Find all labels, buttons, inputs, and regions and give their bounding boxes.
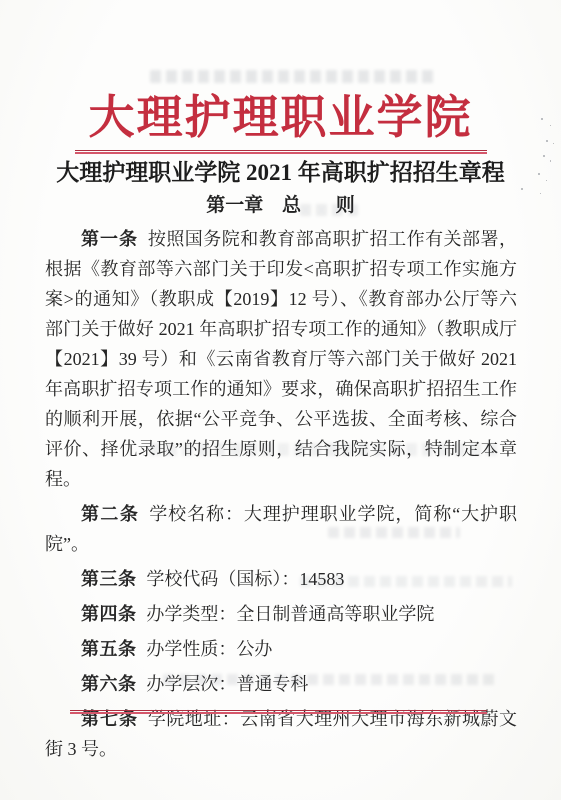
chapter-title-char-1: 总 [282, 195, 301, 216]
article-label: 第四条 [81, 604, 137, 624]
document-body: 第一条按照国务院和教育部高职扩招工作有关部署，根据《教育部等六部门关于印发<高职… [45, 224, 517, 764]
scanned-page: 大理护理职业学院 大理护理职业学院 2021 年高职扩招招生章程 第一章 总 则… [0, 0, 561, 800]
scan-speckle [541, 118, 543, 120]
article-label: 第三条 [81, 569, 137, 589]
article-label: 第一条 [81, 229, 138, 249]
article-paragraph: 第一条按照国务院和教育部高职扩招工作有关部署，根据《教育部等六部门关于印发<高职… [45, 224, 517, 494]
chapter-title-char-2: 则 [336, 195, 355, 216]
scan-speckle [543, 155, 545, 157]
article-text: 学校代码（国标）：14583 [146, 569, 344, 589]
footer-rule [70, 710, 487, 714]
article-paragraph: 第三条学校代码（国标）：14583 [45, 564, 517, 594]
article-text: 办学层次：普通专科 [146, 674, 308, 694]
article-paragraph: 第六条办学层次：普通专科 [45, 669, 517, 699]
scan-speckle [521, 188, 523, 190]
article-text: 办学类型：全日制普通高等职业学院 [146, 604, 434, 624]
scan-speckle [546, 180, 547, 181]
scan-speckle [546, 140, 548, 142]
article-label: 第二条 [81, 504, 139, 524]
article-paragraph: 第五条办学性质：公办 [45, 634, 517, 664]
scan-speckle [553, 143, 554, 144]
document-title: 大理护理职业学院 2021 年高职扩招招生章程 [8, 158, 553, 188]
chapter-number: 第一章 [206, 195, 263, 216]
college-name-title: 大理护理职业学院 [0, 91, 561, 145]
article-paragraph: 第二条学校名称：大理护理职业学院，简称“大护职院”。 [45, 499, 517, 559]
bleedthrough-smudge [150, 70, 435, 83]
article-text: 办学性质：公办 [146, 639, 272, 659]
article-label: 第五条 [81, 639, 137, 659]
article-text: 按照国务院和教育部高职扩招工作有关部署，根据《教育部等六部门关于印发<高职扩招专… [45, 229, 517, 489]
title-underline-rule [75, 150, 487, 154]
chapter-heading: 第一章 总 则 [0, 194, 561, 218]
article-label: 第六条 [81, 674, 137, 694]
article-paragraph: 第四条办学类型：全日制普通高等职业学院 [45, 599, 517, 629]
scan-speckle [540, 193, 541, 194]
scan-speckle [550, 160, 551, 162]
scan-speckle [538, 173, 540, 175]
scan-speckle [550, 125, 551, 126]
